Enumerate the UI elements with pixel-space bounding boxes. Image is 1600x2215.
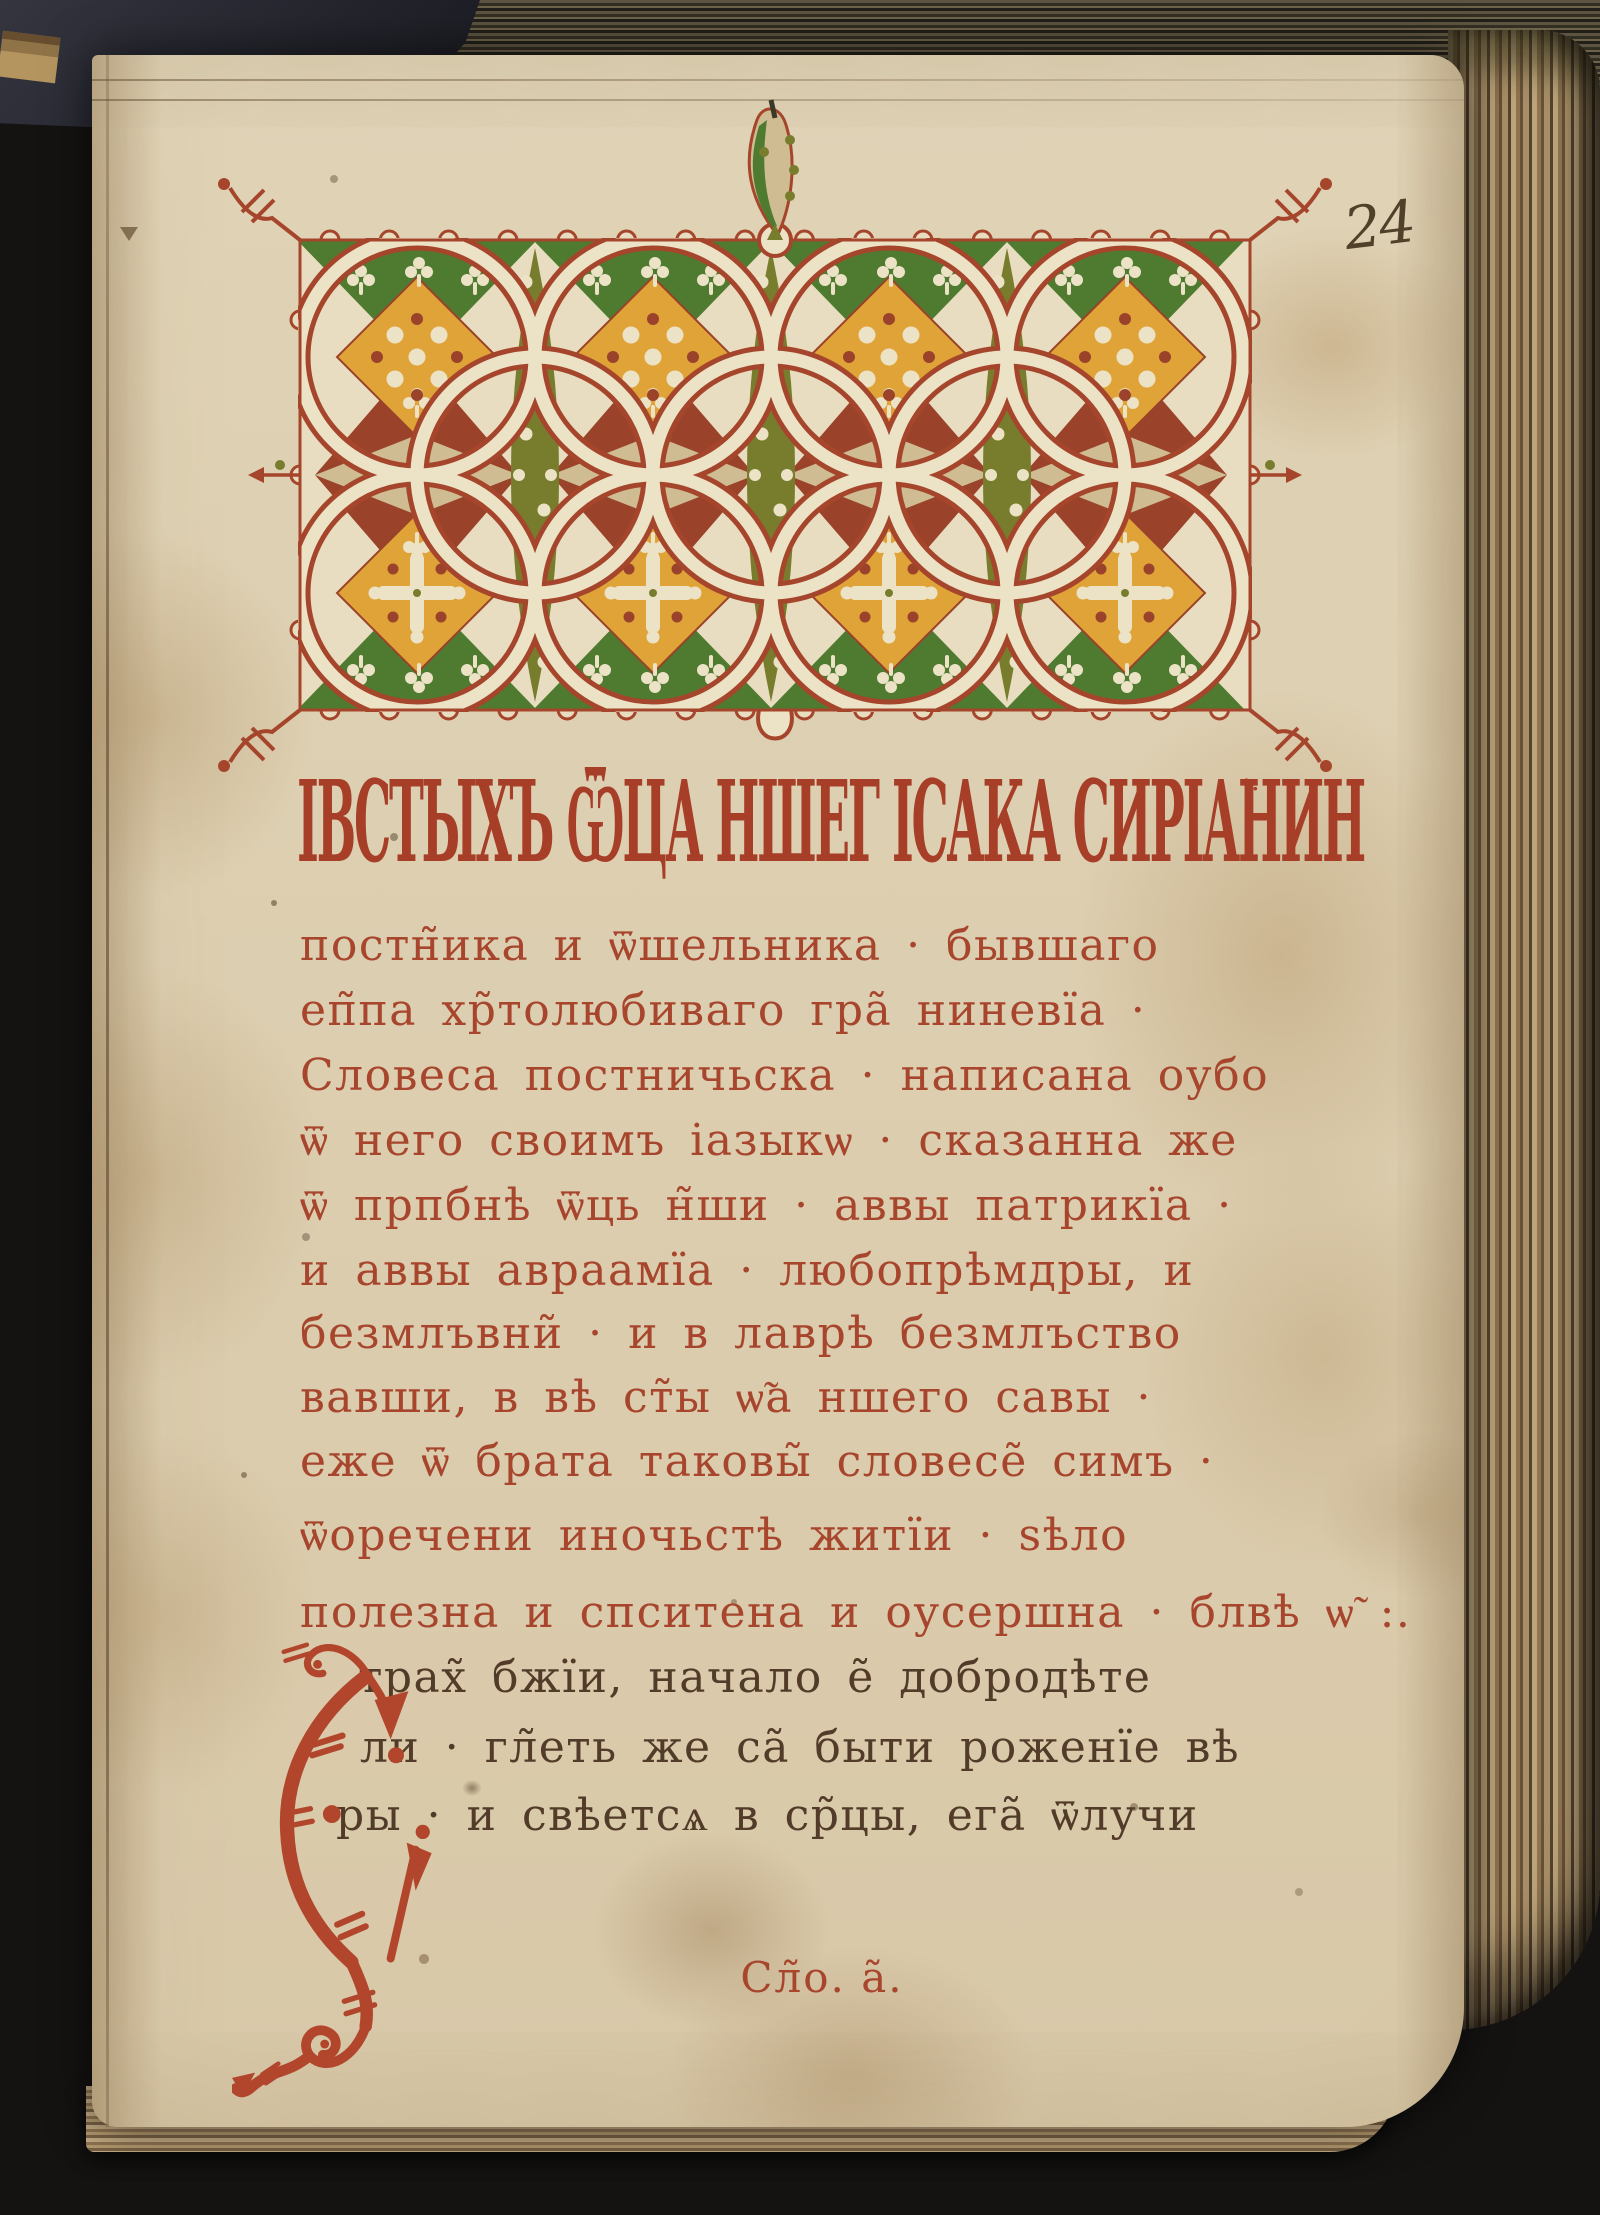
text-line-6: и аввы авраамїа · любопрѣмдры, и bbox=[300, 1245, 1194, 1296]
text-line-3: Словеса постничьска · написана оубо bbox=[300, 1050, 1269, 1101]
manuscript-page: 24 ІВСТЫХЪ ѾЦА НШЕГ ІСАКА СИРІАНИН ·. ·.… bbox=[92, 55, 1464, 2127]
text-line-9: еже ѿ брата таковы̃ словесе̃ симъ · bbox=[300, 1436, 1214, 1487]
binding-label bbox=[0, 31, 61, 84]
manuscript-photograph: 24 ІВСТЫХЪ ѾЦА НШЕГ ІСАКА СИРІАНИН ·. ·.… bbox=[0, 0, 1600, 2215]
text-line-4: ѿ него своимъ іазыкѡ · сказанна же bbox=[300, 1115, 1238, 1166]
initial-letter-svg bbox=[232, 1627, 437, 2101]
text-line-8: вавши, в вѣ ст̃ы ѡ̃а ншего савы · bbox=[300, 1372, 1152, 1423]
text-line-5: ѿ прпбнѣ ѿць н̃ши · аввы патрикїа · bbox=[300, 1180, 1233, 1231]
headpiece-ornament bbox=[205, 90, 1345, 810]
text-line-14: ры · и свѣетсѧ в ср̃цы, ега̃ ѿлучи bbox=[336, 1790, 1199, 1841]
title-end-marks: ·. ·. bbox=[1242, 767, 1260, 863]
text-line-2: еп̃па хр̃толюбиваго гра̃ ниневїа · bbox=[300, 985, 1146, 1036]
ink-specks bbox=[92, 55, 96, 59]
folio-number: 24 bbox=[1340, 187, 1418, 263]
sewing-mark bbox=[120, 227, 138, 241]
title-end-mark: ·. bbox=[1242, 835, 1260, 863]
text-line-13: ли · гл̃еть же са̃ быти роженїе вѣ bbox=[360, 1722, 1240, 1773]
title-vyaz-text: ІВСТЫХЪ ѾЦА НШЕГ ІСАКА СИРІАНИН bbox=[297, 755, 1364, 888]
text-line-11: полезна и спситена и оусершна · блвѣ ѡ̃ … bbox=[300, 1587, 1411, 1638]
text-line-1: постн̃ика и ѿшельника · бывшаго bbox=[300, 920, 1160, 971]
fold-crease bbox=[92, 79, 1464, 81]
title-end-mark: ·. bbox=[1242, 767, 1260, 795]
ornamental-initial bbox=[232, 1627, 437, 2101]
text-line-7: безмлъвни̃ · и в лаврѣ безмлъство bbox=[300, 1308, 1182, 1359]
text-line-12: трах̃ бжїи, начало е̃ добродѣте bbox=[358, 1652, 1151, 1703]
book-page-edges-right bbox=[1448, 30, 1600, 2030]
headpiece-svg bbox=[205, 90, 1345, 810]
gutter-crease bbox=[106, 55, 109, 2127]
catchword: Сл̃о. а̃. bbox=[652, 1953, 992, 2002]
title-vyaz: ІВСТЫХЪ ѾЦА НШЕГ ІСАКА СИРІАНИН bbox=[297, 755, 1600, 875]
text-line-10: ѿоречени иночьстѣ житїи · ѕѣло bbox=[300, 1510, 1128, 1561]
